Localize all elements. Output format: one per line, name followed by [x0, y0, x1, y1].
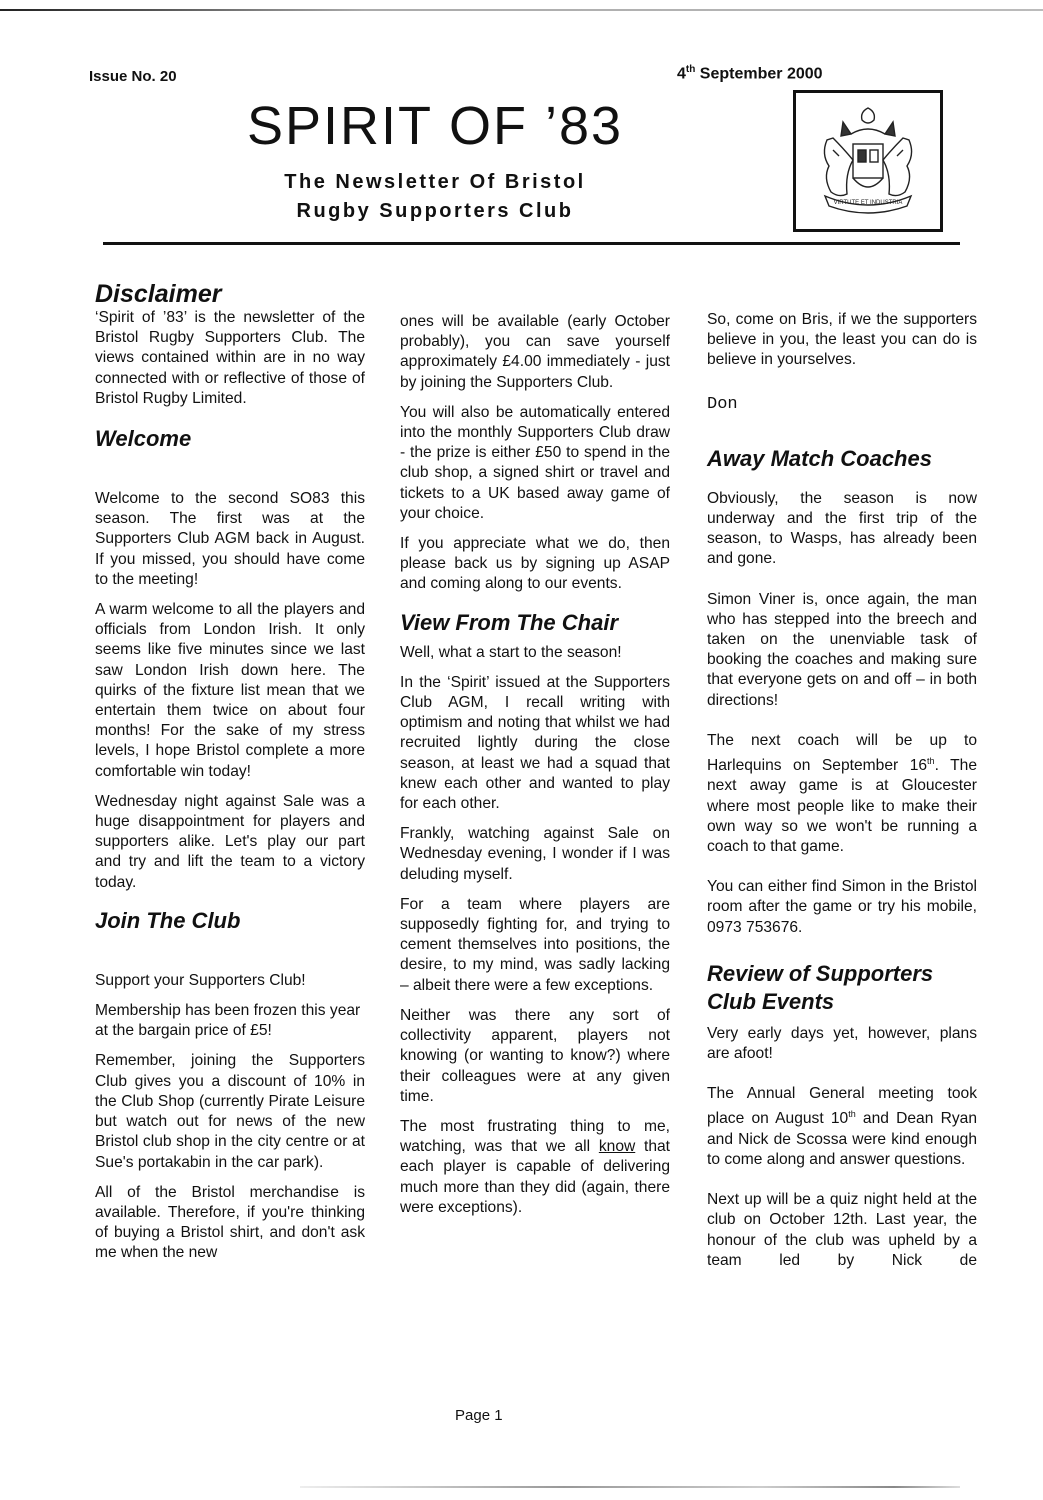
coaches-paragraph: Simon Viner is, once again, the man who …	[707, 590, 977, 711]
join-heading: Join The Club	[95, 907, 365, 935]
scan-edge-top	[0, 9, 1043, 11]
chair-paragraph: So, come on Bris, if we the supporters b…	[707, 310, 977, 371]
coaches-paragraph: The next coach will be up to Harlequins …	[707, 731, 977, 857]
review-paragraph: Very early days yet, however, plans are …	[707, 1024, 977, 1064]
subtitle-line-1: The Newsletter Of Bristol	[220, 168, 650, 197]
coaches-paragraph: You can either find Simon in the Bristol…	[707, 877, 977, 938]
join-paragraph-continuation: ones will be available (early October pr…	[400, 312, 670, 393]
welcome-paragraph: Wednesday night against Sale was a huge …	[95, 792, 365, 893]
join-paragraph: Membership has been frozen this year at …	[95, 1001, 365, 1041]
scan-edge-bottom	[300, 1486, 960, 1488]
review-paragraph: The Annual General meeting took place on…	[707, 1084, 977, 1170]
page-number: Page 1	[455, 1407, 503, 1424]
crest-motto: VIRTUTE ET INDUSTRIA	[834, 200, 903, 206]
subtitle-line-2: Rugby Supporters Club	[220, 197, 650, 226]
coaches-paragraph: Obviously, the season is now underway an…	[707, 489, 977, 570]
newsletter-title: SPIRIT OF ’83	[195, 95, 675, 157]
column-1: Disclaimer ‘Spirit of ’83’ is the newsle…	[95, 280, 365, 1274]
join-paragraph: Remember, joining the Supporters Club gi…	[95, 1051, 365, 1172]
welcome-paragraph: A warm welcome to all the players and of…	[95, 600, 365, 782]
date-month-year: September 2000	[695, 65, 822, 82]
column-2: ones will be available (early October pr…	[400, 312, 670, 1228]
disclaimer-text: ‘Spirit of ’83’ is the newsletter of the…	[95, 308, 365, 409]
chair-paragraph: Neither was there any sort of collectivi…	[400, 1006, 670, 1107]
coaches-heading: Away Match Coaches	[707, 445, 977, 473]
join-paragraph: You will also be automatically entered i…	[400, 403, 670, 524]
column-3: So, come on Bris, if we the supporters b…	[707, 310, 977, 1281]
date-day: 4	[677, 65, 686, 82]
join-paragraph-continued: All of the Bristol merchandise is availa…	[95, 1183, 365, 1264]
chair-paragraph: In the ‘Spirit’ issued at the Supporters…	[400, 673, 670, 814]
chair-paragraph: For a team where players are supposedly …	[400, 895, 670, 996]
coat-of-arms-icon: VIRTUTE ET INDUSTRIA	[803, 100, 933, 222]
welcome-heading: Welcome	[95, 425, 365, 453]
disclaimer-heading: Disclaimer	[95, 280, 365, 308]
issue-number: Issue No. 20	[89, 68, 177, 85]
join-paragraph: Support your Supporters Club!	[95, 971, 365, 991]
chair-paragraph: Frankly, watching against Sale on Wednes…	[400, 824, 670, 885]
header-rule	[103, 242, 960, 245]
review-paragraph: Next up will be a quiz night held at the…	[707, 1190, 977, 1271]
join-paragraph: If you appreciate what we do, then pleas…	[400, 534, 670, 595]
chair-heading: View From The Chair	[400, 609, 670, 637]
emphasis-know: know	[599, 1138, 635, 1155]
chair-paragraph: Well, what a start to the season!	[400, 643, 670, 663]
chair-paragraph: The most frustrating thing to me, watchi…	[400, 1117, 670, 1218]
review-heading: Review of Supporters Club Events	[707, 960, 977, 1016]
newsletter-subtitle: The Newsletter Of Bristol Rugby Supporte…	[220, 168, 650, 226]
club-crest: VIRTUTE ET INDUSTRIA	[793, 90, 943, 232]
issue-date: 4th September 2000	[677, 64, 823, 83]
welcome-paragraph: Welcome to the second SO83 this season. …	[95, 489, 365, 590]
chair-signature: Don	[707, 395, 977, 415]
date-suffix: th	[686, 64, 695, 75]
